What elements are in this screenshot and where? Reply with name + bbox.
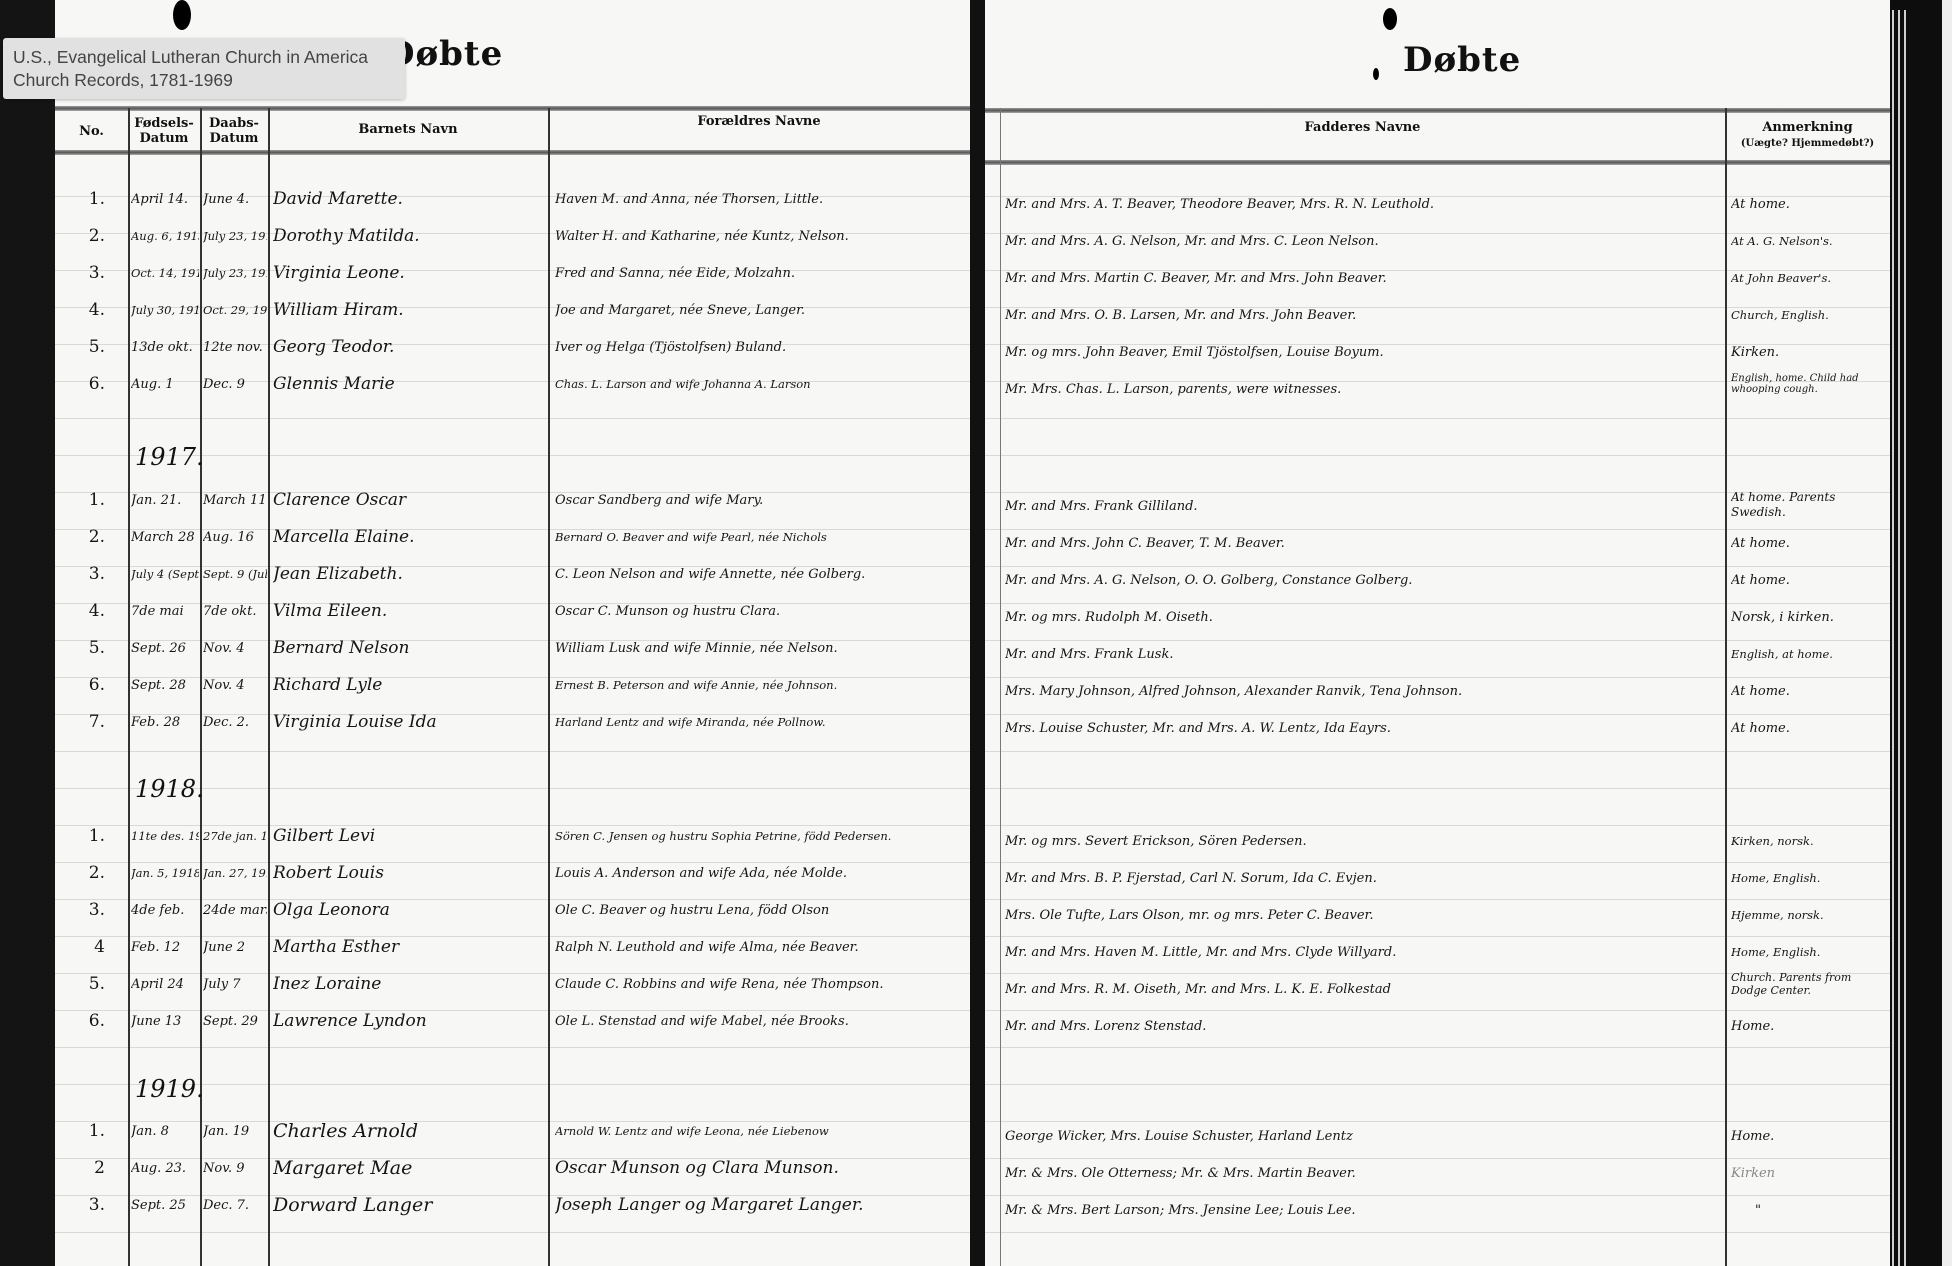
child-name: Charles Arnold xyxy=(273,1113,545,1150)
page-title: Døbte xyxy=(1403,40,1521,80)
parents-names: Walter H. and Katharine, née Kuntz, Nels… xyxy=(555,218,967,255)
remarks: Hjemme, norsk. xyxy=(1731,897,1881,934)
record-row: 2. Aug. 6, 1915 July 23, 1916 Dorothy Ma… xyxy=(55,218,970,255)
remarks: " xyxy=(1755,1192,1875,1229)
baptism-date: Oct. 29, 1916 xyxy=(203,292,267,329)
record-row: 4. July 30, 1916 Oct. 29, 1916 William H… xyxy=(55,292,970,329)
year-heading-1917: 1917. xyxy=(135,443,204,471)
baptism-date: Nov. 4 xyxy=(203,667,267,704)
ink-blot xyxy=(1373,68,1379,80)
baptism-date: Sept. 29 xyxy=(203,1003,267,1040)
sponsors-names: Mr. og mrs. John Beaver, Emil Tjöstolfse… xyxy=(1005,334,1720,371)
record-no: 3. xyxy=(55,1187,105,1224)
sponsors-names: Mr. and Mrs. Frank Gilliland. xyxy=(1005,488,1720,525)
child-name: Gilbert Levi xyxy=(273,818,545,855)
record-no: 2. xyxy=(55,218,105,255)
parents-names: Claude C. Robbins and wife Rena, née Tho… xyxy=(555,966,967,1003)
parents-names: Chas. L. Larson and wife Johanna A. Lars… xyxy=(555,366,967,403)
birth-date: Oct. 14, 1915. xyxy=(131,255,199,292)
birth-date: Sept. 26 xyxy=(131,630,199,667)
baptism-date: June 4. xyxy=(203,181,267,218)
baptism-date: March 11. xyxy=(203,482,267,519)
record-row: Mr. og mrs. Rudolph M. Oiseth. Norsk, i … xyxy=(985,599,1905,636)
year-heading-1918: 1918. xyxy=(135,775,204,803)
parents-names: C. Leon Nelson and wife Annette, née Gol… xyxy=(555,556,967,593)
sponsors-names: Mr. og mrs. Severt Erickson, Sören Peder… xyxy=(1005,823,1720,860)
column-header-remarks-label: Anmerkning xyxy=(1725,120,1890,135)
ink-blot xyxy=(1383,8,1397,30)
record-no: 1. xyxy=(55,818,105,855)
parents-names: Iver og Helga (Tjöstolfsen) Buland. xyxy=(555,329,967,366)
birth-date: 11te des. 1917. xyxy=(131,818,199,855)
sponsors-names: Mr. and Mrs. Frank Lusk. xyxy=(1005,636,1720,673)
birth-date: Sept. 28 xyxy=(131,667,199,704)
birth-date: July 4 (Sept. 9 struck) xyxy=(131,556,199,593)
record-no: 2. xyxy=(55,519,105,556)
record-no: 6. xyxy=(55,1003,105,1040)
record-row: Mr. and Mrs. R. M. Oiseth, Mr. and Mrs. … xyxy=(985,971,1905,1008)
sponsors-names: Mr. and Mrs. A. T. Beaver, Theodore Beav… xyxy=(1005,186,1720,223)
sponsors-names: Mr. and Mrs. A. G. Nelson, O. O. Golberg… xyxy=(1005,562,1720,599)
birth-date: Jan. 8 xyxy=(131,1113,199,1150)
child-name: Virginia Leone. xyxy=(273,255,545,292)
record-row: 5. 13de okt. 12te nov. Georg Teodor. Ive… xyxy=(55,329,970,366)
record-row: George Wicker, Mrs. Louise Schuster, Har… xyxy=(985,1118,1905,1155)
baptism-date: 27de jan. 1918. xyxy=(203,818,267,855)
ledger-right-page: Døbte Fadderes Navne Anmerkning (Uægte? … xyxy=(985,0,1905,1266)
parents-names: Haven M. and Anna, née Thorsen, Little. xyxy=(555,181,967,218)
child-name: Dorward Langer xyxy=(273,1187,545,1224)
parents-names: Ralph N. Leuthold and wife Alma, née Bea… xyxy=(555,929,967,966)
child-name: Jean Elizabeth. xyxy=(273,556,545,593)
record-no: 6. xyxy=(55,667,105,704)
record-row: 6. June 13 Sept. 29 Lawrence Lyndon Ole … xyxy=(55,1003,970,1040)
remarks: At home. xyxy=(1731,710,1881,747)
record-row: 1. Jan. 8 Jan. 19 Charles Arnold Arnold … xyxy=(55,1113,970,1150)
baptism-date: Jan. 19 xyxy=(203,1113,267,1150)
record-row: Mr. og mrs. John Beaver, Emil Tjöstolfse… xyxy=(985,334,1905,371)
record-row: 7. Feb. 28 Dec. 2. Virginia Louise Ida H… xyxy=(55,704,970,741)
baptism-date: July 7 xyxy=(203,966,267,1003)
record-row: Mr. & Mrs. Bert Larson; Mrs. Jensine Lee… xyxy=(985,1192,1905,1229)
column-header-birth-date: Fødsels- Datum xyxy=(128,116,200,146)
sponsors-names: Mr. & Mrs. Bert Larson; Mrs. Jensine Lee… xyxy=(1005,1192,1720,1229)
baptism-date: Nov. 4 xyxy=(203,630,267,667)
remarks: Church. Parents from Dodge Center. xyxy=(1731,971,1881,997)
parents-names: Ernest B. Peterson and wife Annie, née J… xyxy=(555,667,967,704)
sponsors-names: Mr. and Mrs. A. G. Nelson, Mr. and Mrs. … xyxy=(1005,223,1720,260)
remarks: Kirken. xyxy=(1731,334,1881,371)
child-name: David Marette. xyxy=(273,181,545,218)
record-row: 5. April 24 July 7 Inez Loraine Claude C… xyxy=(55,966,970,1003)
record-no: 5. xyxy=(55,966,105,1003)
child-name: Georg Teodor. xyxy=(273,329,545,366)
record-row: 4 Feb. 12 June 2 Martha Esther Ralph N. … xyxy=(55,929,970,966)
child-name: Martha Esther xyxy=(273,929,545,966)
column-header-baptism-date: Daabs- Datum xyxy=(200,116,268,146)
parents-names: Sören C. Jensen og hustru Sophia Petrine… xyxy=(555,818,967,855)
parents-names: Louis A. Anderson and wife Ada, née Mold… xyxy=(555,855,967,892)
remarks: Norsk, i kirken. xyxy=(1731,599,1881,636)
remarks: Home, English. xyxy=(1731,860,1881,897)
record-row: Mr. & Mrs. Ole Otterness; Mr. & Mrs. Mar… xyxy=(985,1155,1905,1192)
header-rule-bottom xyxy=(55,150,970,155)
parents-names: Oscar C. Munson og hustru Clara. xyxy=(555,593,967,630)
remarks: English, home. Child had whooping cough. xyxy=(1731,373,1881,395)
child-name: Clarence Oscar xyxy=(273,482,545,519)
remarks: Kirken xyxy=(1731,1155,1881,1192)
remarks: Home. xyxy=(1731,1118,1881,1155)
baptism-date: June 2 xyxy=(203,929,267,966)
child-name: Inez Loraine xyxy=(273,966,545,1003)
remarks: Home, English. xyxy=(1731,934,1881,971)
record-row: Mr. and Mrs. B. P. Fjerstad, Carl N. Sor… xyxy=(985,860,1905,897)
column-header-parents: Forældres Navne xyxy=(548,114,970,129)
child-name: Virginia Louise Ida xyxy=(273,704,545,741)
remarks: At home. Parents Swedish. xyxy=(1731,490,1881,520)
record-row: Mr. and Mrs. A. G. Nelson, O. O. Golberg… xyxy=(985,562,1905,599)
record-row: Mr. og mrs. Severt Erickson, Sören Peder… xyxy=(985,823,1905,860)
record-no: 1. xyxy=(55,482,105,519)
column-header-birth-date-line1: Fødsels- xyxy=(128,116,200,131)
collection-title-line1: U.S., Evangelical Lutheran Church in Ame… xyxy=(13,46,395,69)
scan-left-edge xyxy=(0,0,55,1266)
record-row: Mr. and Mrs. Martin C. Beaver, Mr. and M… xyxy=(985,260,1905,297)
baptism-date: 12te nov. xyxy=(203,329,267,366)
record-row: 6. Sept. 28 Nov. 4 Richard Lyle Ernest B… xyxy=(55,667,970,704)
record-row: 2 Aug. 23. Nov. 9 Margaret Mae Oscar Mun… xyxy=(55,1150,970,1187)
baptism-date: Sept. 9 (July 6 struck) xyxy=(203,556,267,593)
sponsors-names: Mr. and Mrs. R. M. Oiseth, Mr. and Mrs. … xyxy=(1005,971,1720,1008)
scan-right-border xyxy=(1890,0,1942,1266)
parents-names: Bernard O. Beaver and wife Pearl, née Ni… xyxy=(555,519,967,556)
birth-date: Sept. 25 xyxy=(131,1187,199,1224)
record-row: 3. 4de feb. 24de mars Olga Leonora Ole C… xyxy=(55,892,970,929)
child-name: Lawrence Lyndon xyxy=(273,1003,545,1040)
remarks: At home. xyxy=(1731,525,1881,562)
record-row: 3. July 4 (Sept. 9 struck) Sept. 9 (July… xyxy=(55,556,970,593)
record-row: Mr. and Mrs. A. T. Beaver, Theodore Beav… xyxy=(985,186,1905,223)
header-rule-top xyxy=(55,106,970,111)
remarks: Church, English. xyxy=(1731,297,1881,334)
birth-date: 13de okt. xyxy=(131,329,199,366)
book-gutter xyxy=(970,0,985,1266)
sponsors-names: Mr. and Mrs. B. P. Fjerstad, Carl N. Sor… xyxy=(1005,860,1720,897)
sponsors-names: Mrs. Ole Tufte, Lars Olson, mr. og mrs. … xyxy=(1005,897,1720,934)
record-no: 7. xyxy=(55,704,105,741)
birth-date: Jan. 21. xyxy=(131,482,199,519)
birth-date: March 28 xyxy=(131,519,199,556)
page-edge-rule xyxy=(1904,10,1906,1266)
column-header-baptism-date-line2: Datum xyxy=(200,131,268,146)
parents-names: William Lusk and wife Minnie, née Nelson… xyxy=(555,630,967,667)
remarks: At John Beaver's. xyxy=(1731,260,1881,297)
record-no: 4 xyxy=(55,929,105,966)
year-heading-1919: 1919. xyxy=(135,1075,204,1103)
sponsors-names: Mr. Mrs. Chas. L. Larson, parents, were … xyxy=(1005,371,1720,408)
parents-names: Oscar Sandberg and wife Mary. xyxy=(555,482,967,519)
record-row: 3. Sept. 25 Dec. 7. Dorward Langer Josep… xyxy=(55,1187,970,1224)
record-row: Mr. and Mrs. John C. Beaver, T. M. Beave… xyxy=(985,525,1905,562)
baptism-date: Jan. 27, 1918. xyxy=(203,855,267,892)
parents-names: Oscar Munson og Clara Munson. xyxy=(555,1150,967,1187)
record-no: 3. xyxy=(55,255,105,292)
record-no: 5. xyxy=(55,329,105,366)
record-row: 4. 7de mai 7de okt. Vilma Eileen. Oscar … xyxy=(55,593,970,630)
column-header-birth-date-line2: Datum xyxy=(128,131,200,146)
record-row: 2. Jan. 5, 1918. Jan. 27, 1918. Robert L… xyxy=(55,855,970,892)
baptism-date: July 23, 1916. xyxy=(203,255,267,292)
record-no: 3. xyxy=(55,892,105,929)
record-row: 1. Jan. 21. March 11. Clarence Oscar Osc… xyxy=(55,482,970,519)
birth-date: July 30, 1916 xyxy=(131,292,199,329)
sponsors-names: Mr. & Mrs. Ole Otterness; Mr. & Mrs. Mar… xyxy=(1005,1155,1720,1192)
column-header-child-name: Barnets Navn xyxy=(268,122,548,137)
child-name: Vilma Eileen. xyxy=(273,593,545,630)
column-header-remarks-sub: (Uægte? Hjemmedøbt?) xyxy=(1741,138,1874,149)
ink-blot xyxy=(173,0,191,30)
record-row: Mr. and Mrs. Frank Lusk. English, at hom… xyxy=(985,636,1905,673)
sponsors-names: Mr. and Mrs. O. B. Larsen, Mr. and Mrs. … xyxy=(1005,297,1720,334)
baptism-date: Dec. 7. xyxy=(203,1187,267,1224)
baptism-date: Nov. 9 xyxy=(203,1150,267,1187)
record-row: Mrs. Louise Schuster, Mr. and Mrs. A. W.… xyxy=(985,710,1905,747)
column-header-remarks: Anmerkning (Uægte? Hjemmedøbt?) xyxy=(1725,120,1890,151)
record-no: 5. xyxy=(55,630,105,667)
remarks: Home. xyxy=(1731,1008,1881,1045)
birth-date: Feb. 12 xyxy=(131,929,199,966)
page-edge-rule xyxy=(1898,10,1900,1266)
record-no: 1. xyxy=(55,181,105,218)
baptism-date: Dec. 2. xyxy=(203,704,267,741)
record-row: 2. March 28 Aug. 16 Marcella Elaine. Ber… xyxy=(55,519,970,556)
column-header-sponsors: Fadderes Navne xyxy=(1000,120,1725,135)
child-name: Robert Louis xyxy=(273,855,545,892)
birth-date: June 13 xyxy=(131,1003,199,1040)
birth-date: 4de feb. xyxy=(131,892,199,929)
baptism-date: 24de mars xyxy=(203,892,267,929)
record-no: 4. xyxy=(55,292,105,329)
parents-names: Ole C. Beaver og hustru Lena, född Olson xyxy=(555,892,967,929)
remarks: At A. G. Nelson's. xyxy=(1731,223,1881,260)
baptism-date: Aug. 16 xyxy=(203,519,267,556)
image-viewer[interactable]: Døbte No. Fødsels- Datum Daabs- Datum Ba… xyxy=(0,0,1952,1266)
record-row: Mrs. Mary Johnson, Alfred Johnson, Alexa… xyxy=(985,673,1905,710)
birth-date: 7de mai xyxy=(131,593,199,630)
child-name: Richard Lyle xyxy=(273,667,545,704)
child-name: Olga Leonora xyxy=(273,892,545,929)
column-header-no: No. xyxy=(55,124,128,139)
parents-names: Ole L. Stenstad and wife Mabel, née Broo… xyxy=(555,1003,967,1040)
sponsors-names: Mr. and Mrs. Lorenz Stenstad. xyxy=(1005,1008,1720,1045)
remarks: English, at home. xyxy=(1731,636,1881,673)
sponsors-names: Mr. and Mrs. John C. Beaver, T. M. Beave… xyxy=(1005,525,1720,562)
record-row: 1. 11te des. 1917. 27de jan. 1918. Gilbe… xyxy=(55,818,970,855)
collection-title-line2: Church Records, 1781-1969 xyxy=(13,69,395,92)
child-name: Margaret Mae xyxy=(273,1150,545,1187)
record-no: 4. xyxy=(55,593,105,630)
sponsors-names: Mrs. Louise Schuster, Mr. and Mrs. A. W.… xyxy=(1005,710,1720,747)
child-name: William Hiram. xyxy=(273,292,545,329)
record-row: Mr. and Mrs. O. B. Larsen, Mr. and Mrs. … xyxy=(985,297,1905,334)
baptism-date: July 23, 1916 xyxy=(203,218,267,255)
record-row: Mr. and Mrs. A. G. Nelson, Mr. and Mrs. … xyxy=(985,223,1905,260)
baptism-date: 7de okt. xyxy=(203,593,267,630)
sponsors-names: Mrs. Mary Johnson, Alfred Johnson, Alexa… xyxy=(1005,673,1720,710)
record-row: 5. Sept. 26 Nov. 4 Bernard Nelson Willia… xyxy=(55,630,970,667)
child-name: Marcella Elaine. xyxy=(273,519,545,556)
record-row: Mr. and Mrs. Haven M. Little, Mr. and Mr… xyxy=(985,934,1905,971)
birth-date: Jan. 5, 1918. xyxy=(131,855,199,892)
collection-title-overlay[interactable]: U.S., Evangelical Lutheran Church in Ame… xyxy=(3,38,405,99)
record-no: 2. xyxy=(55,855,105,892)
remarks: Kirken, norsk. xyxy=(1731,823,1881,860)
column-header-baptism-date-line1: Daabs- xyxy=(200,116,268,131)
child-name: Bernard Nelson xyxy=(273,630,545,667)
header-rule-bottom xyxy=(985,160,1905,165)
sponsors-names: Mr. og mrs. Rudolph M. Oiseth. xyxy=(1005,599,1720,636)
birth-date: Aug. 6, 1915 xyxy=(131,218,199,255)
birth-date: Feb. 28 xyxy=(131,704,199,741)
birth-date: April 14. xyxy=(131,181,199,218)
record-row: Mr. and Mrs. Frank Gilliland. At home. P… xyxy=(985,488,1905,525)
record-row: 3. Oct. 14, 1915. July 23, 1916. Virgini… xyxy=(55,255,970,292)
parents-names: Arnold W. Lentz and wife Leona, née Lieb… xyxy=(555,1113,967,1150)
parents-names: Joseph Langer og Margaret Langer. xyxy=(555,1187,967,1224)
child-name: Glennis Marie xyxy=(273,366,545,403)
record-no: 1. xyxy=(55,1113,105,1150)
sponsors-names: Mr. and Mrs. Martin C. Beaver, Mr. and M… xyxy=(1005,260,1720,297)
record-row: Mr. and Mrs. Lorenz Stenstad. Home. xyxy=(985,1008,1905,1045)
parents-names: Fred and Sanna, née Eide, Molzahn. xyxy=(555,255,967,292)
page-edge-rule xyxy=(1892,10,1894,1266)
parents-names: Harland Lentz and wife Miranda, née Poll… xyxy=(555,704,967,741)
record-row: 6. Aug. 1 Dec. 9 Glennis Marie Chas. L. … xyxy=(55,366,970,403)
remarks: At home. xyxy=(1731,562,1881,599)
birth-date: April 24 xyxy=(131,966,199,1003)
parents-names: Joe and Margaret, née Sneve, Langer. xyxy=(555,292,967,329)
remarks: At home. xyxy=(1731,186,1881,223)
record-no: 6. xyxy=(55,366,105,403)
record-row: Mrs. Ole Tufte, Lars Olson, mr. og mrs. … xyxy=(985,897,1905,934)
record-no: 2 xyxy=(55,1150,105,1187)
record-row: Mr. Mrs. Chas. L. Larson, parents, were … xyxy=(985,371,1905,408)
viewer-side-panel-edge xyxy=(1942,0,1952,1266)
remarks: At home. xyxy=(1731,673,1881,710)
child-name: Dorothy Matilda. xyxy=(273,218,545,255)
sponsors-names: Mr. and Mrs. Haven M. Little, Mr. and Mr… xyxy=(1005,934,1720,971)
record-row: 1. April 14. June 4. David Marette. Have… xyxy=(55,181,970,218)
birth-date: Aug. 23. xyxy=(131,1150,199,1187)
sponsors-names: George Wicker, Mrs. Louise Schuster, Har… xyxy=(1005,1118,1720,1155)
header-rule-top xyxy=(985,108,1905,113)
ledger-left-page: Døbte No. Fødsels- Datum Daabs- Datum Ba… xyxy=(55,0,970,1266)
baptism-date: Dec. 9 xyxy=(203,366,267,403)
record-no: 3. xyxy=(55,556,105,593)
birth-date: Aug. 1 xyxy=(131,366,199,403)
